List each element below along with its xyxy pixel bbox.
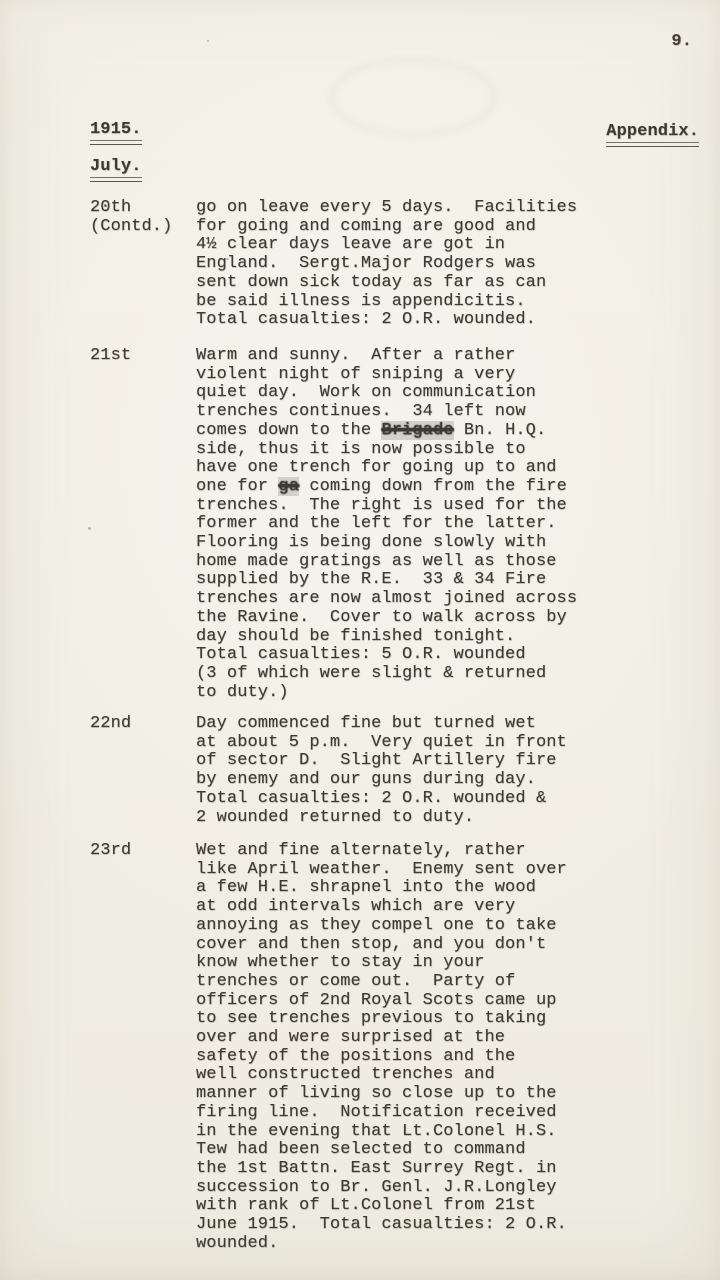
text-line: to duty.)	[196, 684, 616, 703]
text-line: 2 wounded returned to duty.	[196, 809, 616, 828]
entry-date: 20th(Contd.)	[90, 199, 194, 236]
text-line: 4½ clear days leave are got in	[196, 236, 616, 255]
text-line: to see trenches previous to taking	[196, 1010, 616, 1029]
text-segment: trenches. The right is used for the	[196, 496, 567, 515]
text-segment: a few H.E. shrapnel into the wood	[196, 878, 536, 897]
text-line: quiet day. Work on communication	[196, 384, 616, 403]
text-segment: Day commenced fine but turned wet	[196, 714, 536, 733]
text-segment: Tew had been selected to command	[196, 1140, 526, 1159]
text-segment: firing line. Notification received	[196, 1103, 557, 1122]
text-segment: day should be finished tonight.	[196, 627, 515, 646]
text-line: annoying as they compel one to take	[196, 917, 616, 936]
text-segment: in the evening that Lt.Colonel H.S.	[196, 1122, 557, 1141]
text-segment: violent night of sniping a very	[196, 365, 515, 384]
text-line: trenches are now almost joined across	[196, 590, 616, 609]
text-segment: trenches or come out. Party of	[196, 972, 515, 991]
text-line: officers of 2nd Royal Scots came up	[196, 992, 616, 1011]
text-line: like April weather. Enemy sent over	[196, 861, 616, 880]
text-line: succession to Br. Genl. J.R.Longley	[196, 1179, 616, 1198]
text-line: be said illness is appendicitis.	[196, 293, 616, 312]
text-line: cover and then stop, and you don't	[196, 936, 616, 955]
entry-text: Day commenced fine but turned wetat abou…	[196, 715, 616, 827]
text-segment: at about 5 p.m. Very quiet in front	[196, 733, 567, 752]
text-segment: succession to Br. Genl. J.R.Longley	[196, 1178, 557, 1197]
text-line: Wet and fine alternately, rather	[196, 842, 616, 861]
text-line: supplied by the R.E. 33 & 34 Fire	[196, 571, 616, 590]
text-segment: 4½ clear days leave are got in	[196, 235, 505, 254]
text-segment: Total casualties: 2 O.R. wounded &	[196, 789, 546, 808]
text-line: trenches. The right is used for the	[196, 497, 616, 516]
text-line: Tew had been selected to command	[196, 1141, 616, 1160]
entry-text: go on leave every 5 days. Facilitiesfor …	[196, 199, 616, 330]
text-line: Total casualties: 2 O.R. wounded.	[196, 311, 616, 330]
text-line: home made gratings as well as those	[196, 553, 616, 572]
entry-date-line: 23rd	[90, 842, 194, 861]
text-line: with rank of Lt.Colonel from 21st	[196, 1197, 616, 1216]
text-segment: former and the left for the latter.	[196, 514, 557, 533]
text-segment: wounded.	[196, 1234, 278, 1253]
entry-text: Warm and sunny. After a ratherviolent ni…	[196, 347, 616, 702]
text-line: violent night of sniping a very	[196, 366, 616, 385]
text-line: former and the left for the latter.	[196, 515, 616, 534]
scanned-diary-page: { "document": { "page_number": "9.", "ye…	[0, 0, 720, 1280]
text-segment: be said illness is appendicitis.	[196, 292, 526, 311]
text-segment: to duty.)	[196, 683, 289, 702]
text-segment: (3 of which were slight & returned	[196, 664, 546, 683]
text-segment: trenches continues. 34 left now	[196, 402, 526, 421]
text-segment: Total casualties: 5 O.R. wounded	[196, 645, 526, 664]
text-line: over and were surprised at the	[196, 1029, 616, 1048]
struck-word: ga	[278, 477, 299, 496]
text-segment: Flooring is being done slowly with	[196, 533, 546, 552]
text-segment: at odd intervals which are very	[196, 897, 515, 916]
text-line: Flooring is being done slowly with	[196, 534, 616, 553]
text-line: side, thus it is now possible to	[196, 441, 616, 460]
text-line: a few H.E. shrapnel into the wood	[196, 879, 616, 898]
text-line: Total casualties: 5 O.R. wounded	[196, 646, 616, 665]
text-segment: Wet and fine alternately, rather	[196, 841, 526, 860]
text-line: know whether to stay in your	[196, 954, 616, 973]
text-line: comes down to the Brigade Bn. H.Q.	[196, 422, 616, 441]
text-line: wounded.	[196, 1235, 616, 1254]
entry-date: 23rd	[90, 842, 194, 861]
text-segment: to see trenches previous to taking	[196, 1009, 546, 1028]
text-line: for going and coming are good and	[196, 218, 616, 237]
text-line: day should be finished tonight.	[196, 628, 616, 647]
text-segment: the Ravine. Cover to walk across by	[196, 608, 567, 627]
text-segment: quiet day. Work on communication	[196, 383, 536, 402]
text-segment: side, thus it is now possible to	[196, 440, 526, 459]
text-segment: safety of the positions and the	[196, 1047, 515, 1066]
text-line: England. Sergt.Major Rodgers was	[196, 255, 616, 274]
text-line: manner of living so close up to the	[196, 1085, 616, 1104]
entry-date-line: (Contd.)	[90, 218, 194, 237]
struck-word: Brigade	[381, 421, 453, 440]
text-line: at odd intervals which are very	[196, 898, 616, 917]
text-line: the Ravine. Cover to walk across by	[196, 609, 616, 628]
text-segment: Warm and sunny. After a rather	[196, 346, 515, 365]
text-line: Total casualties: 2 O.R. wounded &	[196, 790, 616, 809]
text-segment: manner of living so close up to the	[196, 1084, 557, 1103]
text-line: of sector D. Slight Artillery fire	[196, 752, 616, 771]
text-line: (3 of which were slight & returned	[196, 665, 616, 684]
text-line: one for ga coming down from the fire	[196, 478, 616, 497]
text-line: trenches continues. 34 left now	[196, 403, 616, 422]
text-segment: have one trench for going up to and	[196, 458, 557, 477]
text-segment: annoying as they compel one to take	[196, 916, 557, 935]
text-line: go on leave every 5 days. Facilities	[196, 199, 616, 218]
text-segment: trenches are now almost joined across	[196, 589, 577, 608]
text-segment: for going and coming are good and	[196, 217, 536, 236]
text-line: by enemy and our guns during day.	[196, 771, 616, 790]
entry-date: 22nd	[90, 715, 194, 734]
text-segment: England. Sergt.Major Rodgers was	[196, 254, 536, 273]
text-line: safety of the positions and the	[196, 1048, 616, 1067]
text-segment: one for	[196, 477, 278, 496]
text-line: the 1st Battn. East Surrey Regt. in	[196, 1160, 616, 1179]
text-segment: Total casualties: 2 O.R. wounded.	[196, 310, 536, 329]
text-segment: June 1915. Total casualties: 2 O.R.	[196, 1215, 567, 1234]
text-segment: go on leave every 5 days. Facilities	[196, 198, 577, 217]
text-line: firing line. Notification received	[196, 1104, 616, 1123]
text-line: at about 5 p.m. Very quiet in front	[196, 734, 616, 753]
text-segment: supplied by the R.E. 33 & 34 Fire	[196, 570, 546, 589]
text-segment: Bn. H.Q.	[454, 421, 547, 440]
text-line: trenches or come out. Party of	[196, 973, 616, 992]
entry-date-line: 21st	[90, 347, 194, 366]
text-segment: coming down from the fire	[299, 477, 567, 496]
text-line: June 1915. Total casualties: 2 O.R.	[196, 1216, 616, 1235]
text-segment: know whether to stay in your	[196, 953, 484, 972]
text-segment: like April weather. Enemy sent over	[196, 860, 567, 879]
text-segment: of sector D. Slight Artillery fire	[196, 751, 557, 770]
text-segment: by enemy and our guns during day.	[196, 770, 536, 789]
entry-date: 21st	[90, 347, 194, 366]
entry-date-line: 22nd	[90, 715, 194, 734]
entry-text: Wet and fine alternately, ratherlike Apr…	[196, 842, 616, 1253]
text-line: in the evening that Lt.Colonel H.S.	[196, 1123, 616, 1142]
text-segment: 2 wounded returned to duty.	[196, 808, 474, 827]
diary-entries: 20th(Contd.)go on leave every 5 days. Fa…	[0, 0, 720, 1280]
text-line: Warm and sunny. After a rather	[196, 347, 616, 366]
text-segment: the 1st Battn. East Surrey Regt. in	[196, 1159, 557, 1178]
text-segment: officers of 2nd Royal Scots came up	[196, 991, 557, 1010]
text-segment: sent down sick today as far as can	[196, 273, 546, 292]
text-segment: comes down to the	[196, 421, 381, 440]
text-segment: home made gratings as well as those	[196, 552, 557, 571]
text-segment: with rank of Lt.Colonel from 21st	[196, 1196, 536, 1215]
text-line: sent down sick today as far as can	[196, 274, 616, 293]
entry-date-line: 20th	[90, 199, 194, 218]
text-line: Day commenced fine but turned wet	[196, 715, 616, 734]
text-segment: cover and then stop, and you don't	[196, 935, 546, 954]
text-segment: well constructed trenches and	[196, 1065, 495, 1084]
text-line: have one trench for going up to and	[196, 459, 616, 478]
text-segment: over and were surprised at the	[196, 1028, 505, 1047]
text-line: well constructed trenches and	[196, 1066, 616, 1085]
